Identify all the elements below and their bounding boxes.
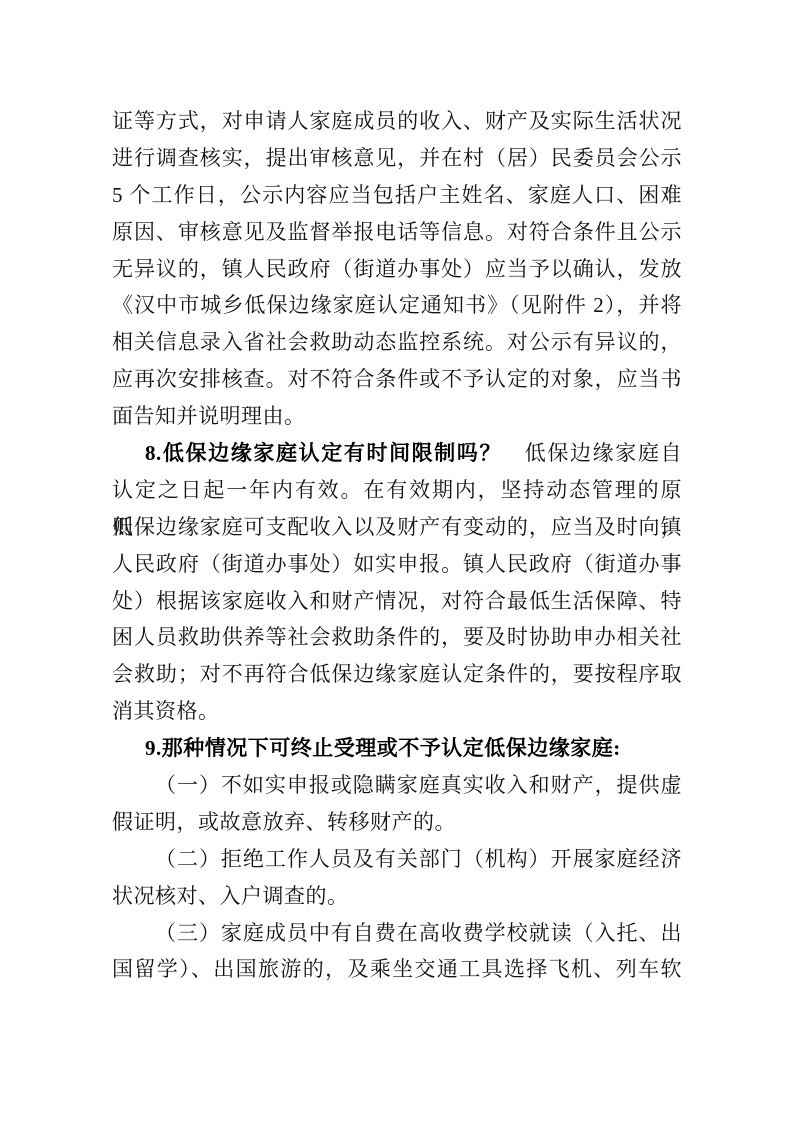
list-item-2-text: （二）拒绝工作人员及有关部门（机构）开展家庭经济 bbox=[155, 847, 682, 871]
doc-line-14: 处）根据该家庭收入和财产情况，对符合最低生活保障、特 bbox=[112, 583, 682, 620]
body-text: 消其资格。 bbox=[112, 699, 220, 723]
body-text: 会救助；对不再符合低保边缘家庭认定条件的，要按程序取 bbox=[112, 662, 682, 686]
document-page: 证等方式，对申请人家庭成员的收入、财产及实际生活状况 进行调查核实，提出审核意见… bbox=[0, 0, 793, 1122]
list-item-1-text: （一）不如实申报或隐瞒家庭真实收入和财产，提供虚 bbox=[155, 773, 682, 797]
body-text: 状况核对、入户调查的。 bbox=[112, 884, 349, 908]
body-text: 《汉中市城乡低保边缘家庭认定通知书》（见附件 2），并将 bbox=[112, 293, 682, 317]
body-text: 困人员救助供养等社会救助条件的，要及时协助申办相关社 bbox=[112, 625, 682, 649]
body-text: 5 个工作日，公示内容应当包括户主姓名、家庭人口、困难 bbox=[112, 183, 682, 207]
body-text: 应再次安排核查。对不符合条件或不予认定的对象，应当书 bbox=[112, 367, 682, 391]
body-text: 人民政府（街道办事处）如实申报。镇人民政府（街道办事 bbox=[112, 552, 682, 576]
doc-line-10: 8.低保边缘家庭认定有时间限制吗？ 低保边缘家庭自 bbox=[112, 435, 682, 472]
body-text: 国留学）、出国旅游的，及乘坐交通工具选择飞机、列车软 bbox=[112, 957, 682, 981]
body-text: 无异议的，镇人民政府（街道办事处）应当予以确认，发放 bbox=[112, 257, 682, 281]
doc-line-19: （一）不如实申报或隐瞒家庭真实收入和财产，提供虚 bbox=[112, 767, 682, 804]
body-text: 证等方式，对申请人家庭成员的收入、财产及实际生活状况 bbox=[112, 109, 682, 133]
doc-line-15: 困人员救助供养等社会救助条件的，要及时协助申办相关社 bbox=[112, 619, 682, 656]
doc-line-18: 9.那种情况下可终止受理或不予认定低保边缘家庭: bbox=[112, 730, 682, 767]
doc-line-8: 应再次安排核查。对不符合条件或不予认定的对象，应当书 bbox=[112, 361, 682, 398]
doc-line-13: 人民政府（街道办事处）如实申报。镇人民政府（街道办事 bbox=[112, 546, 682, 583]
doc-line-20: 假证明，或故意放弃、转移财产的。 bbox=[112, 804, 682, 841]
doc-line-24: 国留学）、出国旅游的，及乘坐交通工具选择飞机、列车软 bbox=[112, 951, 682, 988]
doc-line-7: 相关信息录入省社会救助动态监控系统。对公示有异议的， bbox=[112, 324, 682, 361]
body-text: 处）根据该家庭收入和财产情况，对符合最低生活保障、特 bbox=[112, 589, 682, 613]
doc-line-4: 原因、审核意见及监督举报电话等信息。对符合条件且公示 bbox=[112, 214, 682, 251]
doc-line-23: （三）家庭成员中有自费在高收费学校就读（入托、出 bbox=[112, 915, 682, 952]
body-text: 面告知并说明理由。 bbox=[112, 404, 306, 428]
body-text: 进行调查核实，提出审核意见，并在村（居）民委员会公示 bbox=[112, 146, 682, 170]
body-text: 低保边缘家庭自 bbox=[502, 441, 682, 465]
doc-line-21: （二）拒绝工作人员及有关部门（机构）开展家庭经济 bbox=[112, 841, 682, 878]
list-item-3-text: （三）家庭成员中有自费在高收费学校就读（入托、出 bbox=[155, 921, 682, 945]
doc-line-22: 状况核对、入户调查的。 bbox=[112, 878, 682, 915]
doc-line-16: 会救助；对不再符合低保边缘家庭认定条件的，要按程序取 bbox=[112, 656, 682, 693]
doc-line-2: 进行调查核实，提出审核意见，并在村（居）民委员会公示 bbox=[112, 140, 682, 177]
body-text: 原因、审核意见及监督举报电话等信息。对符合条件且公示 bbox=[112, 220, 682, 244]
section-9-heading: 9.那种情况下可终止受理或不予认定低保边缘家庭: bbox=[145, 736, 621, 760]
document-body: 证等方式，对申请人家庭成员的收入、财产及实际生活状况 进行调查核实，提出审核意见… bbox=[112, 103, 682, 988]
body-text: 相关信息录入省社会救助动态监控系统。对公示有异议的， bbox=[112, 330, 682, 354]
doc-line-9: 面告知并说明理由。 bbox=[112, 398, 682, 435]
doc-line-12: 低保边缘家庭可支配收入以及财产有变动的，应当及时向镇 bbox=[112, 509, 682, 546]
section-8-heading: 8.低保边缘家庭认定有时间限制吗？ bbox=[145, 441, 502, 465]
doc-line-5: 无异议的，镇人民政府（街道办事处）应当予以确认，发放 bbox=[112, 251, 682, 288]
doc-line-3: 5 个工作日，公示内容应当包括户主姓名、家庭人口、困难 bbox=[112, 177, 682, 214]
doc-line-11: 认定之日起一年内有效。在有效期内，坚持动态管理的原则， bbox=[112, 472, 682, 509]
doc-line-6: 《汉中市城乡低保边缘家庭认定通知书》（见附件 2），并将 bbox=[112, 287, 682, 324]
doc-line-1: 证等方式，对申请人家庭成员的收入、财产及实际生活状况 bbox=[112, 103, 682, 140]
body-text: 低保边缘家庭可支配收入以及财产有变动的，应当及时向镇 bbox=[112, 515, 682, 539]
doc-line-17: 消其资格。 bbox=[112, 693, 682, 730]
body-text: 假证明，或故意放弃、转移财产的。 bbox=[112, 810, 456, 834]
